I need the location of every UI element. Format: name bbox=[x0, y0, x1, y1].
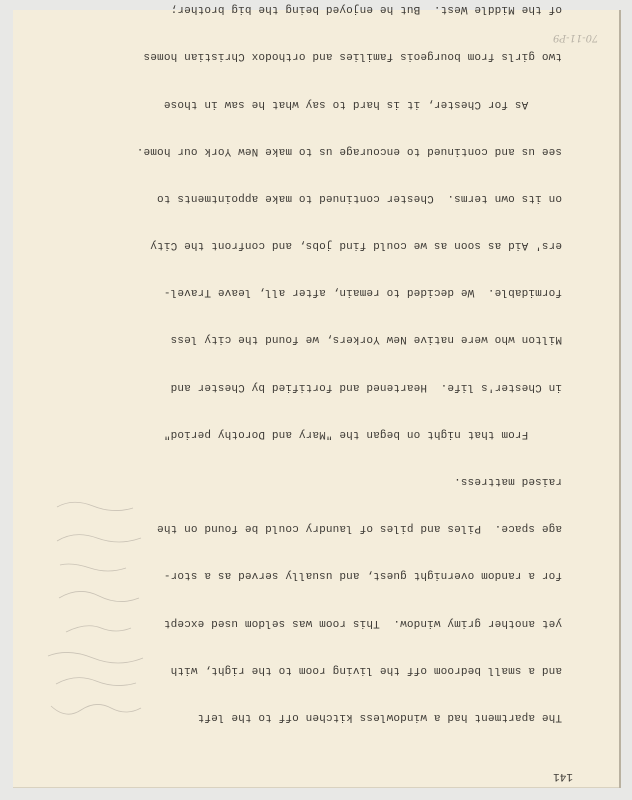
text-line: see us and continued to encourage us to … bbox=[62, 139, 562, 162]
text-line: on its own terms. Chester continued to m… bbox=[62, 186, 562, 209]
text-line: ers' Aid as soon as we could find jobs, … bbox=[62, 233, 562, 256]
text-line: From that night on began the "Mary and D… bbox=[62, 422, 562, 445]
text-line: two girls from bourgeois families and or… bbox=[62, 44, 562, 67]
text-line: formidable. We decided to remain, after … bbox=[62, 280, 562, 303]
rotated-content: 141 The apartment had a windowless kitch… bbox=[13, 10, 621, 788]
text-line: Milton who were native New Yorkers, we f… bbox=[62, 327, 562, 350]
document-page: 70-11-P9 141 The apartment had a windowl… bbox=[13, 10, 621, 788]
text-line: in Chester's life. Heartened and fortifi… bbox=[62, 375, 562, 398]
pencil-annotations bbox=[21, 468, 151, 728]
text-line: As for Chester, it is hard to say what h… bbox=[62, 91, 562, 114]
text-line: of the Middle West. But he enjoyed being… bbox=[62, 0, 562, 20]
page-number: 141 bbox=[553, 770, 573, 782]
